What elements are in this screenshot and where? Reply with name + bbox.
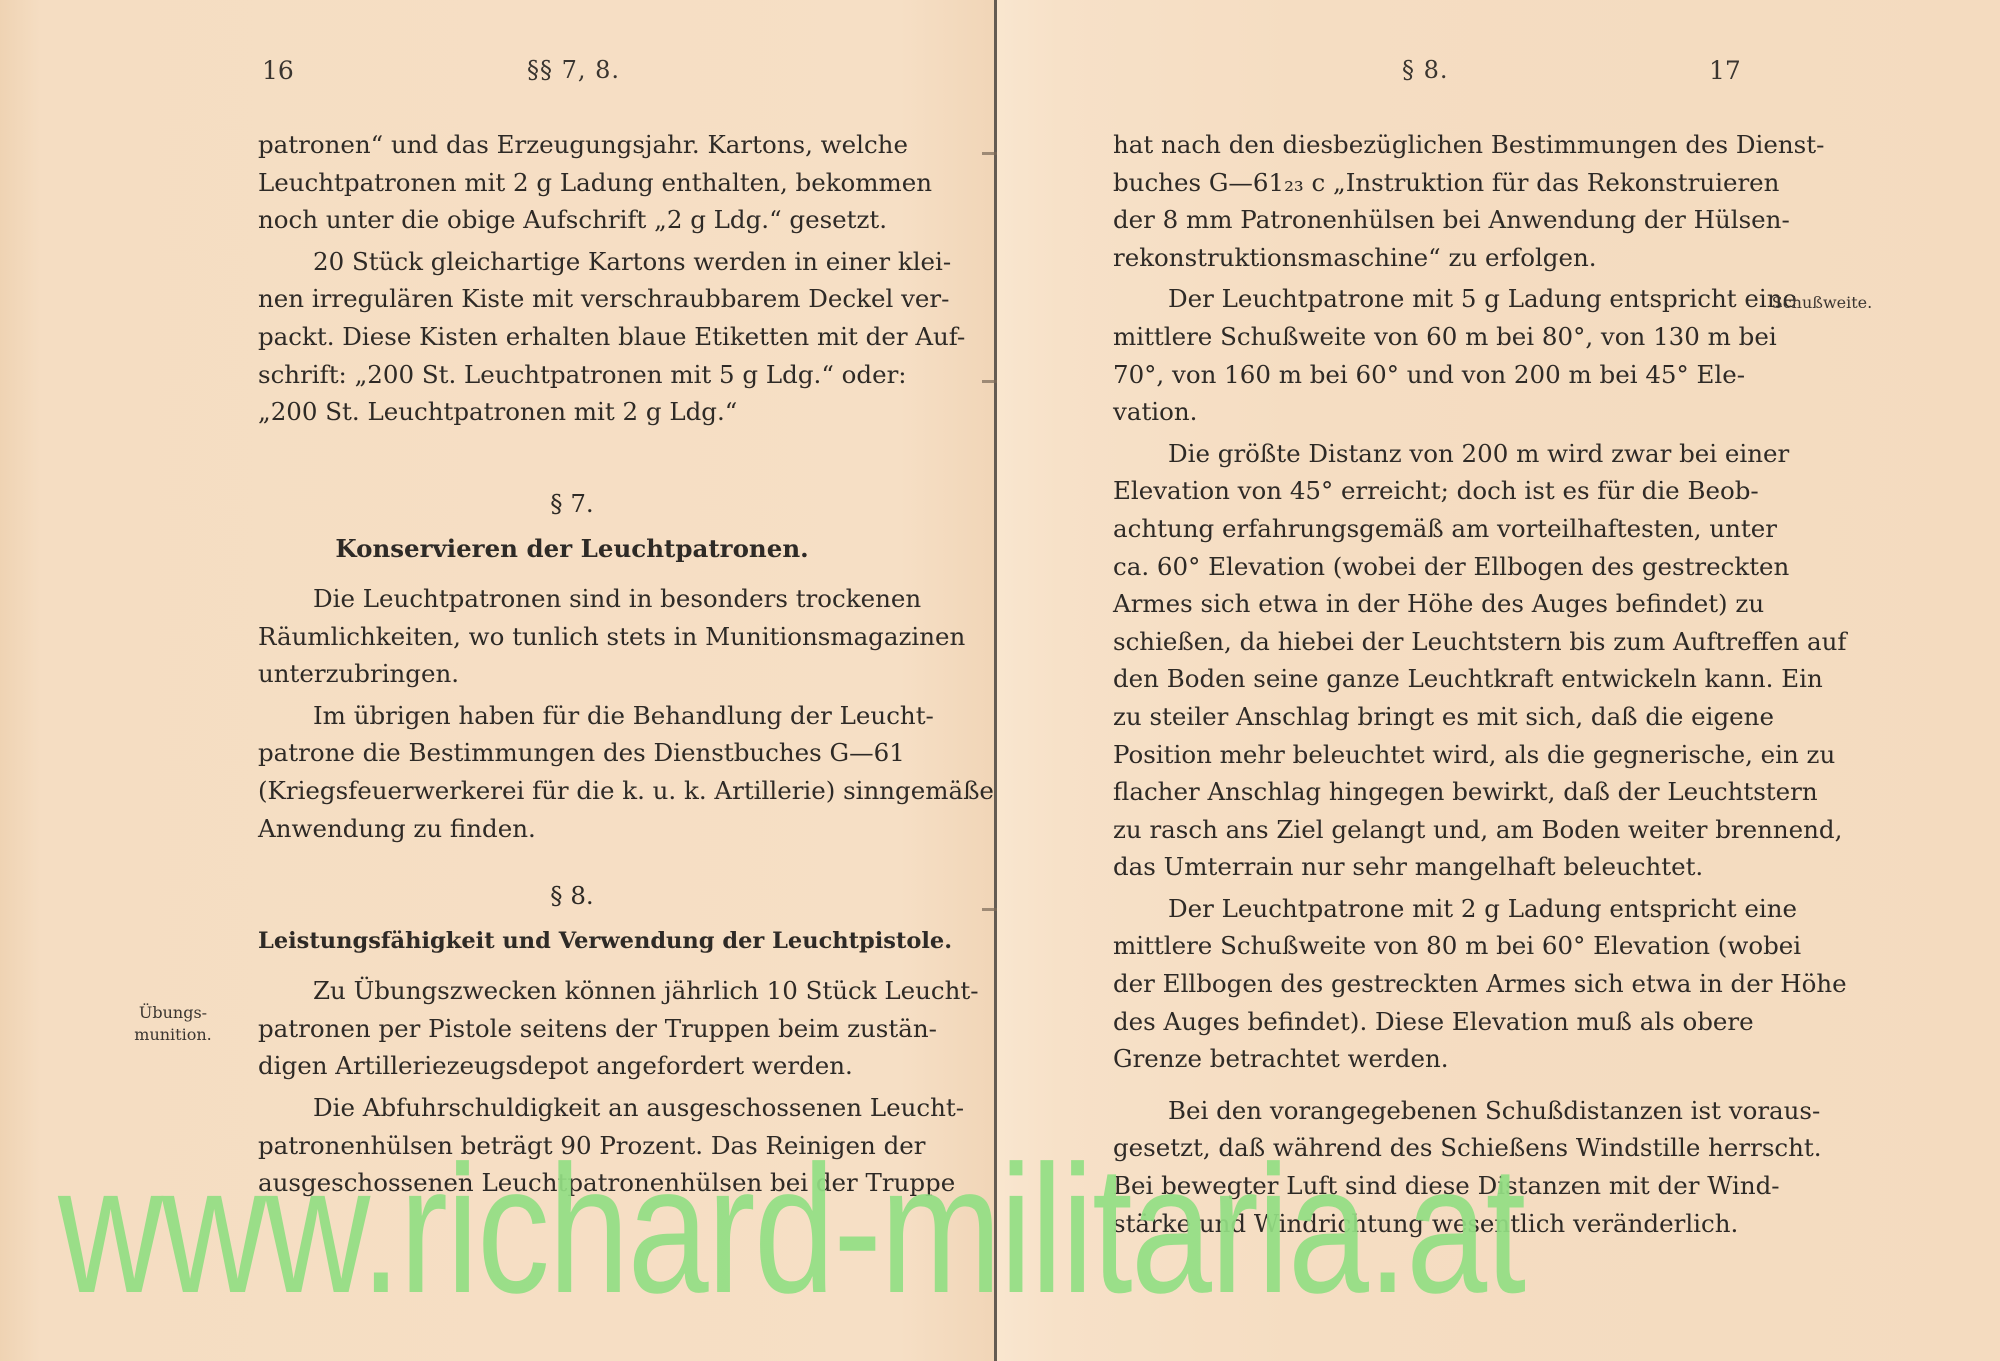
text-line: Die Abfuhrschuldigkeit an ausgeschossene… bbox=[258, 1089, 886, 1127]
text-line: 20 Stück gleichartige Kartons werden in … bbox=[258, 243, 886, 281]
text-line: Elevation von 45° erreicht; doch ist es … bbox=[1113, 472, 1741, 510]
text-line: vation. bbox=[1113, 393, 1741, 431]
text-line: ausgeschossenen Leuchtpatronenhülsen bei… bbox=[258, 1164, 886, 1202]
text-line: flacher Anschlag hingegen bewirkt, daß d… bbox=[1113, 773, 1741, 811]
text-line: ca. 60° Elevation (wobei der Ellbogen de… bbox=[1113, 548, 1741, 586]
section-8-title: Leistungsfähigkeit und Verwendung der Le… bbox=[258, 923, 886, 961]
running-head-left: §§ 7, 8. bbox=[527, 56, 620, 84]
section-7-number: § 7. bbox=[258, 485, 886, 523]
text-line: gesetzt, daß während des Schießens Winds… bbox=[1113, 1129, 1741, 1167]
text-line: hat nach den diesbezüglichen Bestimmunge… bbox=[1113, 126, 1741, 164]
text-line: zu steiler Anschlag bringt es mit sich, … bbox=[1113, 698, 1741, 736]
text-line: packt. Diese Kisten erhalten blaue Etike… bbox=[258, 318, 886, 356]
text-line: Im übrigen haben für die Behandlung der … bbox=[258, 697, 886, 735]
text-line: den Boden seine ganze Leuchtkraft entwic… bbox=[1113, 660, 1741, 698]
margin-note-schussweite: Schußweite. bbox=[1767, 292, 1877, 314]
margin-note-uebungsmunition: Übungs- munition. bbox=[128, 1002, 218, 1046]
text-line: Der Leuchtpatrone mit 5 g Ladung entspri… bbox=[1113, 280, 1741, 318]
text-line: patrone die Bestimmungen des Dienstbuche… bbox=[258, 734, 886, 772]
text-line: schießen, da hiebei der Leuchtstern bis … bbox=[1113, 623, 1741, 661]
text-line: der Ellbogen des gestreckten Armes sich … bbox=[1113, 965, 1741, 1003]
left-body-text: patronen“ und das Erzeugungsjahr. Karton… bbox=[258, 126, 886, 1202]
text-line: Leuchtpatronen mit 2 g Ladung enthalten,… bbox=[258, 164, 886, 202]
margin-note-line: munition. bbox=[128, 1024, 218, 1046]
text-line: noch unter die obige Aufschrift „2 g Ldg… bbox=[258, 201, 886, 239]
text-line: der 8 mm Patronenhülsen bei Anwendung de… bbox=[1113, 201, 1741, 239]
book-spread: 16 §§ 7, 8. patronen“ und das Erzeugungs… bbox=[0, 0, 2000, 1361]
text-line: rekonstruktionsmaschine“ zu erfolgen. bbox=[1113, 239, 1741, 277]
text-line: Die Leuchtpatronen sind in besonders tro… bbox=[258, 580, 886, 618]
text-line: stärke und Windrichtung wesentlich verän… bbox=[1113, 1205, 1741, 1243]
text-line: zu rasch ans Ziel gelangt und, am Boden … bbox=[1113, 811, 1741, 849]
text-line: mittlere Schußweite von 60 m bei 80°, vo… bbox=[1113, 318, 1741, 356]
text-line: Bei bewegter Luft sind diese Distanzen m… bbox=[1113, 1167, 1741, 1205]
section-8-number: § 8. bbox=[258, 877, 886, 915]
margin-note-line: Übungs- bbox=[128, 1002, 218, 1024]
page-number-left: 16 bbox=[262, 56, 294, 85]
running-head-right: § 8. bbox=[1402, 56, 1449, 84]
text-line: Armes sich etwa in der Höhe des Auges be… bbox=[1113, 585, 1741, 623]
text-line: patronen per Pistole seitens der Truppen… bbox=[258, 1010, 886, 1048]
text-line: schrift: „200 St. Leuchtpatronen mit 5 g… bbox=[258, 356, 886, 394]
text-line: Grenze betrachtet werden. bbox=[1113, 1040, 1741, 1078]
text-line: unterzubringen. bbox=[258, 655, 886, 693]
text-line: patronen“ und das Erzeugungsjahr. Karton… bbox=[258, 126, 886, 164]
page-number-right: 17 bbox=[1709, 56, 1741, 85]
text-line: 70°, von 160 m bei 60° und von 200 m bei… bbox=[1113, 356, 1741, 394]
section-7-title: Konservieren der Leuchtpatronen. bbox=[258, 530, 886, 568]
text-line: mittlere Schußweite von 80 m bei 60° Ele… bbox=[1113, 927, 1741, 965]
text-line: buches G—61₂₃ c „Instruktion für das Rek… bbox=[1113, 164, 1741, 202]
text-line: Der Leuchtpatrone mit 2 g Ladung entspri… bbox=[1113, 890, 1741, 928]
text-line: nen irregulären Kiste mit verschraubbare… bbox=[258, 280, 886, 318]
text-line: Bei den vorangegebenen Schußdistanzen is… bbox=[1113, 1092, 1741, 1130]
text-line: Räumlichkeiten, wo tunlich stets in Muni… bbox=[258, 618, 886, 656]
right-body-text: hat nach den diesbezüglichen Bestimmunge… bbox=[1113, 126, 1741, 1242]
text-line: patronenhülsen beträgt 90 Prozent. Das R… bbox=[258, 1127, 886, 1165]
text-line: Zu Übungszwecken können jährlich 10 Stüc… bbox=[258, 972, 886, 1010]
text-line: das Umterrain nur sehr mangelhaft beleuc… bbox=[1113, 848, 1741, 886]
text-line: Anwendung zu finden. bbox=[258, 810, 886, 848]
left-page: 16 §§ 7, 8. patronen“ und das Erzeugungs… bbox=[0, 0, 995, 1361]
text-line: digen Artilleriezeugsdepot angefordert w… bbox=[258, 1047, 886, 1085]
text-line: (Kriegsfeuerwerkerei für die k. u. k. Ar… bbox=[258, 772, 886, 810]
right-page: § 8. 17 hat nach den diesbezüglichen Bes… bbox=[997, 0, 2000, 1361]
text-line: „200 St. Leuchtpatronen mit 2 g Ldg.“ bbox=[258, 393, 886, 431]
text-line: des Auges befindet). Diese Elevation muß… bbox=[1113, 1003, 1741, 1041]
text-line: Position mehr beleuchtet wird, als die g… bbox=[1113, 736, 1741, 774]
text-line: achtung erfahrungsgemäß am vorteilhaftes… bbox=[1113, 510, 1741, 548]
text-line: Die größte Distanz von 200 m wird zwar b… bbox=[1113, 435, 1741, 473]
